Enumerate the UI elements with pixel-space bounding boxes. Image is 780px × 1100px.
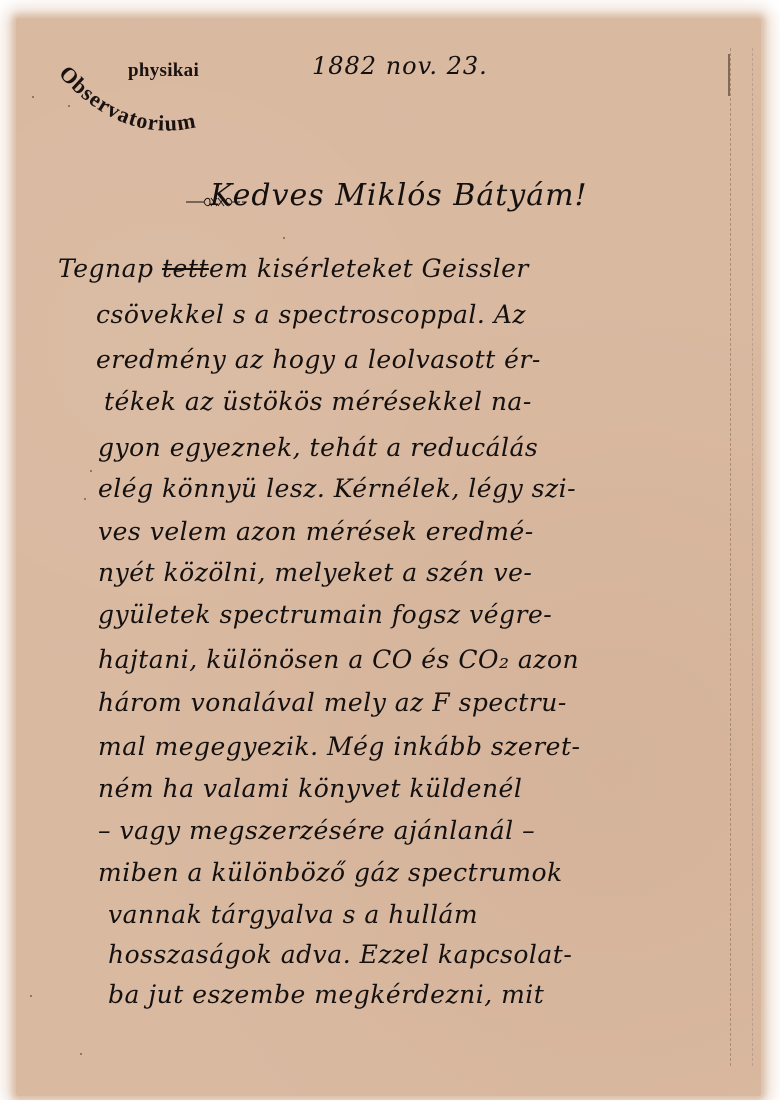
body-line: nyét közölni, melyeket a szén ve- <box>98 558 532 587</box>
body-line: mal megegyezik. Még inkább szeret- <box>98 732 580 761</box>
paper-speck <box>84 498 86 500</box>
body-line: gyon egyeznek, tehát a reducálás <box>98 433 538 462</box>
body-line: – vagy megszerzésére ajánlanál – <box>98 816 535 845</box>
body-line: eredmény az hogy a leolvasott ér- <box>96 345 541 374</box>
body-line: csövekkel s a spectroscoppal. Az <box>96 300 526 329</box>
letter-body: Tegnap tettem kisérleteket Geissler csöv… <box>0 0 780 1100</box>
body-line: elég könnyü lesz. Kérnélek, légy szi- <box>98 474 576 503</box>
body-line: három vonalával mely az F spectru- <box>98 688 567 717</box>
paper-speck <box>68 105 70 107</box>
body-line: tékek az üstökös mérésekkel na- <box>104 387 532 416</box>
body-line: ném ha valami könyvet küldenél <box>98 774 522 803</box>
struck-word: tett <box>162 254 209 283</box>
body-line: ba jut eszembe megkérdezni, mit <box>108 980 544 1009</box>
paper-speck <box>283 237 285 239</box>
paper-speck <box>30 995 32 997</box>
paper-speck <box>80 1053 82 1055</box>
body-line: gyületek spectrumain fogsz végre- <box>98 600 552 629</box>
paper-speck <box>32 96 34 98</box>
body-line: miben a különböző gáz spectrumok <box>98 858 563 887</box>
body-line: hajtani, különösen a CO és CO₂ azon <box>98 645 579 674</box>
body-line: hosszaságok adva. Ezzel kapcsolat- <box>108 940 572 969</box>
body-line: vannak tárgyalva s a hullám <box>108 900 478 929</box>
body-line: ves velem azon mérések eredmé- <box>98 517 534 546</box>
paper-speck <box>90 470 92 472</box>
body-line: Tegnap tettem kisérleteket Geissler <box>58 254 529 283</box>
